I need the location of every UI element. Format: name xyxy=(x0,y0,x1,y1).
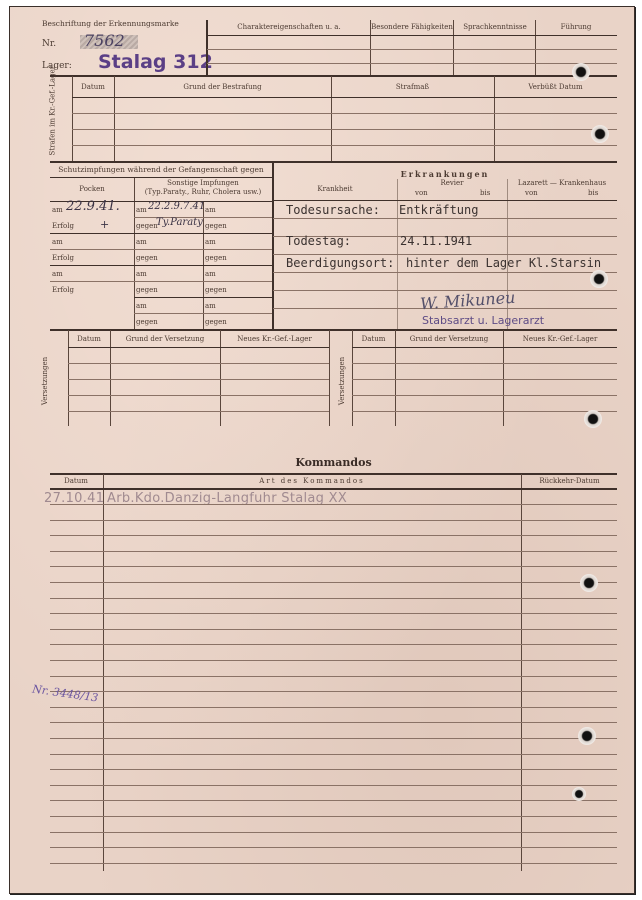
strafen-col-verbuesst: Verbüßt Datum xyxy=(494,83,617,91)
sonstige-row-4-a-label: gegen xyxy=(136,254,158,262)
todesursache-label: Todesursache: xyxy=(286,203,380,217)
doctor-stamp: Stabsarzt u. Lagerarzt xyxy=(422,314,544,327)
ruled-line xyxy=(50,535,617,536)
ruled-line xyxy=(50,816,617,817)
doctor-signature: W. Mikuneu xyxy=(419,288,515,314)
sonstige-row-2-b-label: gegen xyxy=(205,222,227,230)
sonstige-row-2-a-label: gegen xyxy=(136,222,158,230)
ruled-line xyxy=(50,551,617,552)
sonstige-row-7-b-label: am xyxy=(205,302,216,310)
ruled-line xyxy=(50,691,617,692)
erkrankungen-title: Erkrankungen xyxy=(273,169,617,179)
pocken-row-6-label: Erfolg xyxy=(52,286,74,294)
sonstige-row-5-a-label: am xyxy=(136,270,147,278)
col-charakter: Charaktereigenschaften u. a. xyxy=(208,23,370,31)
pocken-row-1-label: am xyxy=(52,206,63,214)
vers-right-col-grund: Grund der Versetzung xyxy=(395,335,503,343)
vers-right-col-datum: Datum xyxy=(352,335,395,343)
col-faehigkeiten: Besondere Fähigkeiten xyxy=(371,23,453,31)
punch-hole xyxy=(580,574,598,592)
sonstige-row-3-b-label: am xyxy=(205,238,216,246)
col-lazarett: Lazarett — Krankenhaus xyxy=(507,179,617,187)
pow-record-card: Beschriftung der Erkennungsmarke Nr. 756… xyxy=(9,6,635,894)
col-sonstige-sub: (Typ.Paraty., Ruhr, Cholera usw.) xyxy=(134,188,272,196)
vers-left-col-datum: Datum xyxy=(68,335,110,343)
todesursache-value: Entkräftung xyxy=(399,203,478,217)
tag-label: Beschriftung der Erkennungsmarke xyxy=(42,19,179,28)
col-revier: Revier xyxy=(397,179,507,187)
col-sonstige: Sonstige Impfungen xyxy=(134,179,272,187)
margin-note: Nr. 3448/13 xyxy=(31,682,99,704)
sonstige-row-3-a-label: am xyxy=(136,238,147,246)
vers-left-col-grund: Grund der Versetzung xyxy=(110,335,220,343)
pocken-row-3-label: am xyxy=(52,238,63,246)
sonstige-row-4-b-label: gegen xyxy=(205,254,227,262)
sonstige-row-1-a-value: 22.2.9.7.41 xyxy=(148,201,205,212)
pocken-row-2-label: Erfolg xyxy=(52,222,74,230)
sonstige-row-6-b-label: gegen xyxy=(205,286,227,294)
kommandos-title: Kommandos xyxy=(50,456,617,469)
ruled-line xyxy=(50,754,617,755)
punch-hole xyxy=(590,270,608,288)
vers-right-col-lager: Neues Kr.-Gef.-Lager xyxy=(503,335,617,343)
todestag-value: 24.11.1941 xyxy=(400,234,472,248)
ruled-line xyxy=(50,660,617,661)
ruled-line xyxy=(50,722,617,723)
nr-value: 7562 xyxy=(84,31,125,50)
sonstige-row-8-a-label: gegen xyxy=(136,318,158,326)
strafen-col-strafmass: Strafmaß xyxy=(331,83,494,91)
punch-hole xyxy=(572,787,586,801)
sonstige-row-1-a-label: am xyxy=(136,206,147,214)
pocken-row-4-label: Erfolg xyxy=(52,254,74,262)
sonstige-row-5-b-label: am xyxy=(205,270,216,278)
ruled-line xyxy=(50,520,617,521)
ruled-line xyxy=(50,707,617,708)
strafen-col-grund: Grund der Bestrafung xyxy=(114,83,331,91)
revier-von: von xyxy=(415,189,428,197)
revier-bis: bis xyxy=(480,189,490,197)
kommandos-col-rueckkehr: Rückkehr-Datum xyxy=(522,477,617,485)
punch-hole xyxy=(591,125,609,143)
kommandos-col-datum: Datum xyxy=(50,477,102,485)
vers-left-col-lager: Neues Kr.-Gef.-Lager xyxy=(220,335,329,343)
ruled-line xyxy=(50,800,617,801)
lazarett-von: von xyxy=(525,189,538,197)
sonstige-row-6-a-label: gegen xyxy=(136,286,158,294)
strafen-side-label: Strafen im Kr.-Gef.-Lager xyxy=(49,76,58,156)
ruled-line xyxy=(50,504,617,505)
ruled-line xyxy=(50,863,617,864)
lager-label: Lager: xyxy=(42,61,72,71)
ruled-line xyxy=(50,582,617,583)
nr-label: Nr. xyxy=(42,39,56,49)
pocken-row-2-value: + xyxy=(100,218,109,231)
impfungen-title: Schutzimpfungen während der Gefangenscha… xyxy=(50,165,272,174)
ruled-line xyxy=(50,832,617,833)
ruled-line xyxy=(50,598,617,599)
pocken-row-5-label: am xyxy=(52,270,63,278)
beerdigungsort-value: hinter dem Lager Kl.Starsin xyxy=(406,256,601,270)
strafen-col-datum: Datum xyxy=(72,83,114,91)
ruled-line xyxy=(50,676,617,677)
ruled-line xyxy=(50,566,617,567)
ruled-line xyxy=(50,785,617,786)
ruled-line xyxy=(50,769,617,770)
versetzungen-left-side-label: Versetzungen xyxy=(41,341,49,421)
sonstige-row-2-a-value: Ty.Paraty xyxy=(156,217,203,228)
ruled-line xyxy=(50,613,617,614)
col-sprachen: Sprachkenntnisse xyxy=(454,23,536,31)
kommandos-col-art: Art des Kommandos xyxy=(104,477,520,485)
ruled-line xyxy=(50,644,617,645)
beerdigungsort-label: Beerdigungsort: xyxy=(286,256,394,270)
col-fuehrung: Führung xyxy=(536,23,616,31)
sonstige-row-8-b-label: gegen xyxy=(205,318,227,326)
punch-hole xyxy=(572,63,590,81)
punch-hole xyxy=(578,727,596,745)
sonstige-row-1-b-label: am xyxy=(205,206,216,214)
sonstige-row-7-a-label: am xyxy=(136,302,147,310)
todestag-label: Todestag: xyxy=(286,234,351,248)
versetzungen-right-side-label: Versetzungen xyxy=(338,341,346,421)
col-pocken: Pocken xyxy=(50,185,134,193)
ruled-line xyxy=(50,847,617,848)
ruled-line xyxy=(50,738,617,739)
punch-hole xyxy=(584,410,602,428)
lazarett-bis: bis xyxy=(588,189,598,197)
pocken-row-1-value: 22.9.41. xyxy=(66,199,120,214)
lager-stamp: Stalag 312 xyxy=(98,51,213,73)
ruled-line xyxy=(50,629,617,630)
col-krankheit: Krankheit xyxy=(273,185,397,193)
